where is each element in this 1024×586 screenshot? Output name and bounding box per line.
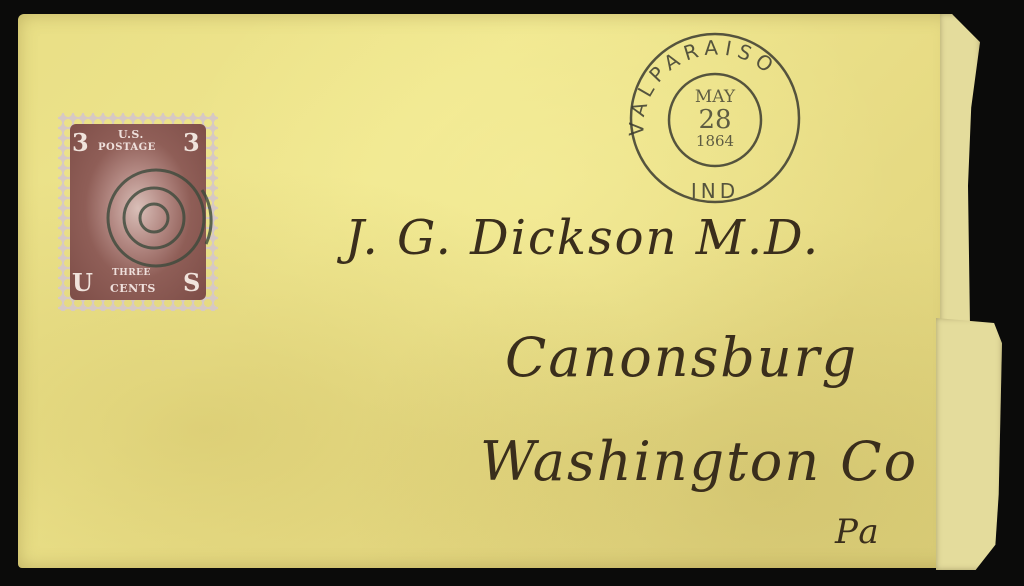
address-recipient: J. G. Dickson M.D. <box>345 210 820 266</box>
stamp-letter-u: U <box>72 268 93 297</box>
stamp-cents-label: CENTS <box>110 282 156 295</box>
target-cancel-icon <box>94 160 234 280</box>
postmark-month: MAY <box>695 87 736 107</box>
stamp-postage-label: POSTAGE <box>98 142 156 153</box>
torn-edge-upper <box>940 14 980 326</box>
stamp-numeral-top-left: 3 <box>72 128 89 157</box>
postmark-state: IND <box>691 179 739 203</box>
address-county: Washington Co <box>480 430 918 493</box>
postmark-year: 1864 <box>696 132 734 150</box>
address-town: Canonsburg <box>505 326 858 389</box>
address-state: Pa <box>835 512 881 552</box>
postmark-day: 28 <box>698 105 731 135</box>
torn-edge-lower <box>936 318 1002 570</box>
stamp-us-label: U.S. <box>118 128 144 141</box>
stamp-numeral-top-right: 3 <box>183 128 200 157</box>
postmark: VALPARAISO IND MAY 28 1864 <box>622 28 812 210</box>
